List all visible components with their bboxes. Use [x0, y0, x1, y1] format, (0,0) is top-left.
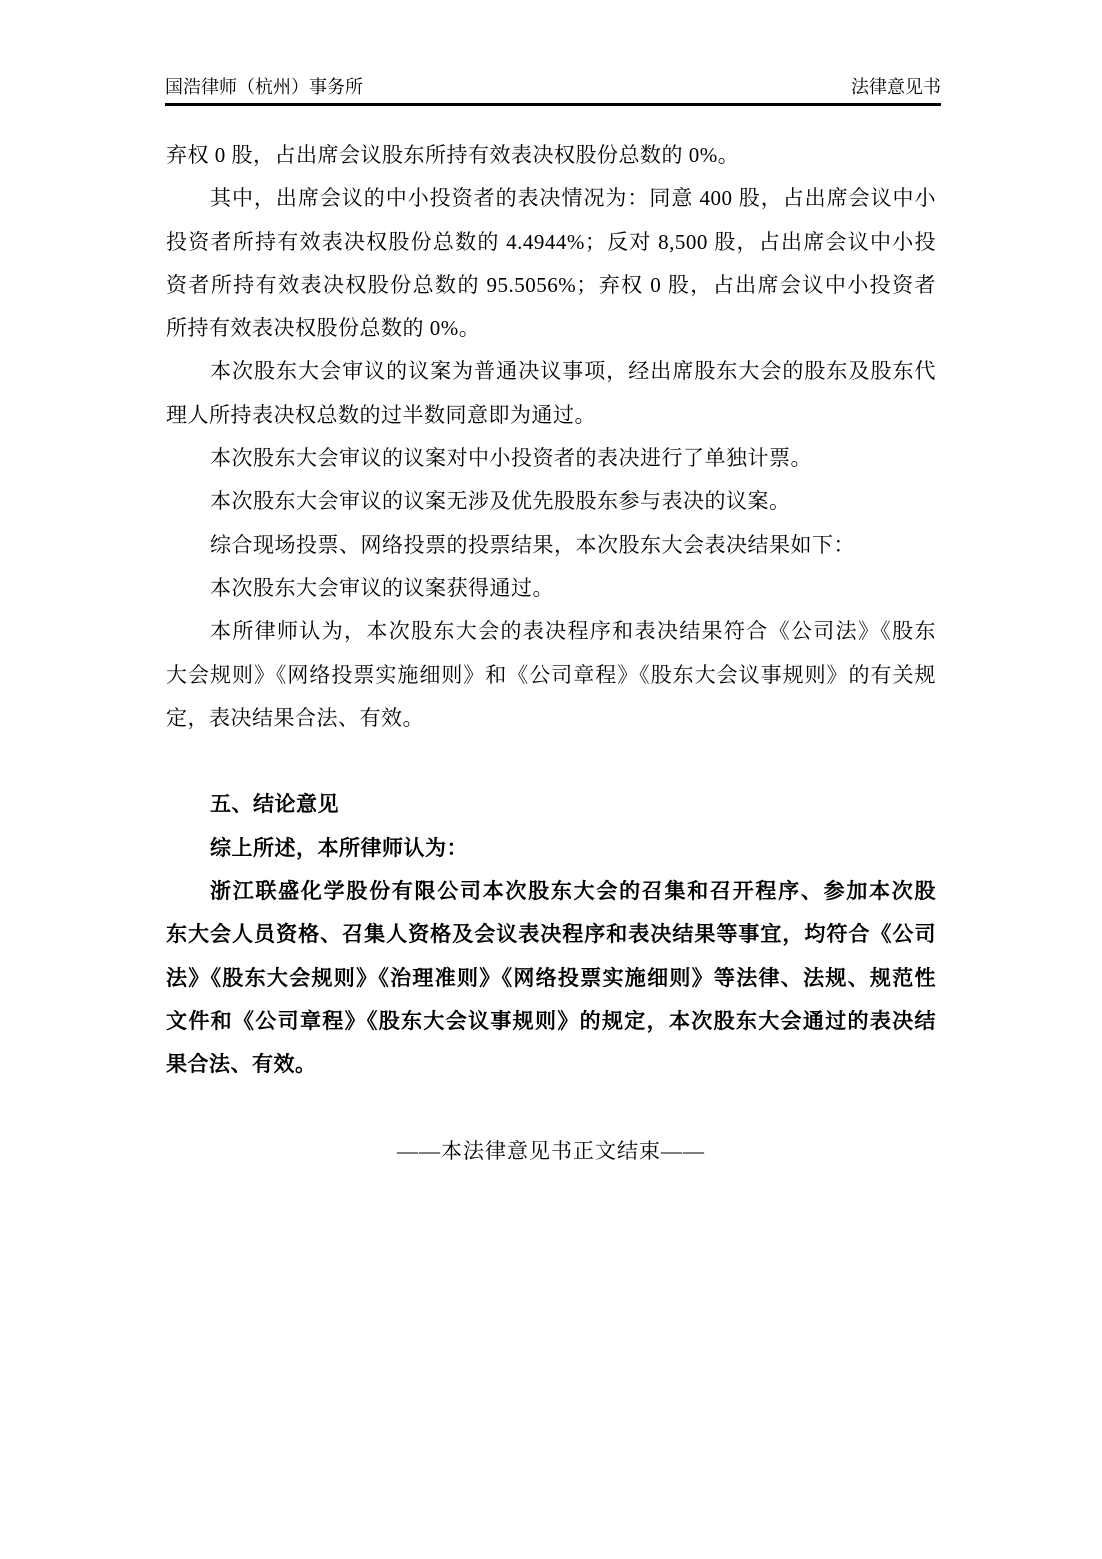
minority-investor-votes-line: 投资者所持有效表决权股份总数的 4.4944%；反对 8,500 股，占出席会议… [166, 221, 936, 264]
conclusion-intro-line: 综上所述，本所律师认为： [166, 827, 936, 870]
voting-results-intro-line: 综合现场投票、网络投票的投票结果，本次股东大会表决结果如下： [166, 524, 936, 567]
blank-line [166, 1087, 936, 1130]
conclusion-body-line: 文件和《公司章程》《股东大会议事规则》的规定，本次股东大会通过的表决结 [166, 1000, 936, 1043]
proposal-passed-line: 本次股东大会审议的议案获得通过。 [166, 567, 936, 610]
minority-investor-votes-line: 所持有效表决权股份总数的 0%。 [166, 307, 936, 350]
ordinary-resolution-line: 理人所持表决权总数的过半数同意即为通过。 [166, 394, 936, 437]
header-firm-name: 国浩律师（杭州）事务所 [165, 77, 363, 97]
document-page: 国浩律师（杭州）事务所 法律意见书 弃权 0 股，占出席会议股东所持有效表决权股… [0, 0, 1102, 1559]
no-preferred-shares-line: 本次股东大会审议的议案无涉及优先股股东参与表决的议案。 [166, 480, 936, 523]
conclusion-body-line: 法》《股东大会规则》《治理准则》《网络投票实施细则》等法律、法规、规范性 [166, 957, 936, 1000]
end-of-document-line: ——本法律意见书正文结束—— [166, 1130, 936, 1173]
header-divider [165, 103, 941, 106]
separate-counting-line: 本次股东大会审议的议案对中小投资者的表决进行了单独计票。 [166, 437, 936, 480]
abstention-continuation-line: 弃权 0 股，占出席会议股东所持有效表决权股份总数的 0%。 [166, 134, 936, 177]
document-body: 弃权 0 股，占出席会议股东所持有效表决权股份总数的 0%。其中，出席会议的中小… [166, 134, 936, 1173]
conclusion-body-line: 果合法、有效。 [166, 1043, 936, 1086]
header-doc-type: 法律意见书 [851, 77, 941, 97]
page-header: 国浩律师（杭州）事务所 法律意见书 [165, 77, 941, 97]
lawyer-opinion-line: 大会规则》《网络投票实施细则》和《公司章程》《股东大会议事规则》的有关规 [166, 654, 936, 697]
section-heading-conclusion-line: 五、结论意见 [166, 783, 936, 826]
minority-investor-votes-line: 资者所持有效表决权股份总数的 95.5056%；弃权 0 股，占出席会议中小投资… [166, 264, 936, 307]
ordinary-resolution-line: 本次股东大会审议的议案为普通决议事项，经出席股东大会的股东及股东代 [166, 350, 936, 393]
lawyer-opinion-line: 定，表决结果合法、有效。 [166, 697, 936, 740]
lawyer-opinion-line: 本所律师认为，本次股东大会的表决程序和表决结果符合《公司法》《股东 [166, 610, 936, 653]
conclusion-body-line: 东大会人员资格、召集人资格及会议表决程序和表决结果等事宜，均符合《公司 [166, 913, 936, 956]
conclusion-body-line: 浙江联盛化学股份有限公司本次股东大会的召集和召开程序、参加本次股 [166, 870, 936, 913]
minority-investor-votes-line: 其中，出席会议的中小投资者的表决情况为：同意 400 股，占出席会议中小 [166, 177, 936, 220]
blank-line [166, 740, 936, 783]
